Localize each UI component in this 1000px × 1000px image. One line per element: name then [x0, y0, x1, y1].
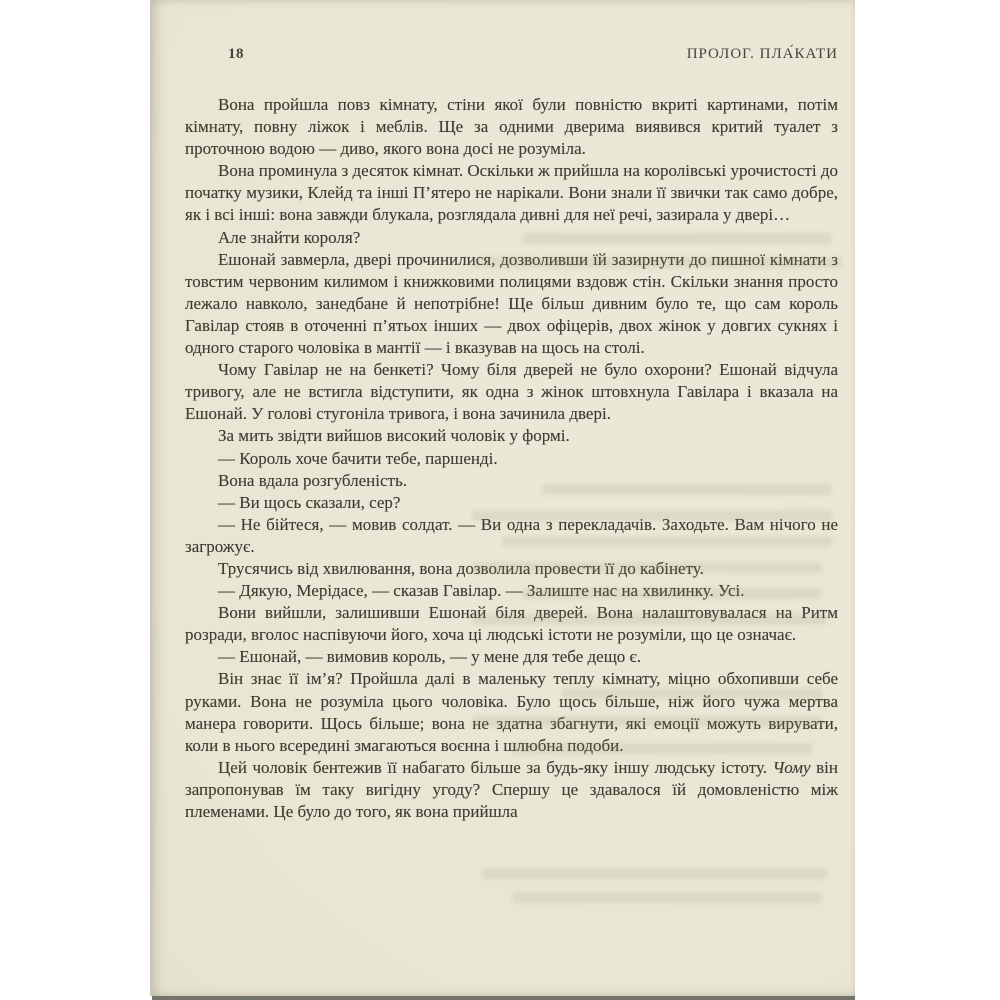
paragraph: — Король хоче бачити тебе, паршенді.	[185, 448, 838, 470]
book-bottom-edge	[152, 996, 855, 1000]
paragraph: Цей чоловік бентежив її набагато більше …	[185, 757, 838, 823]
book-page: 18 ПРОЛОГ. ПЛА́КАТИ Вона пройшла повз кі…	[150, 0, 855, 996]
book-page-photo: { "photo": { "background": "#ffffff", "p…	[0, 0, 1000, 1000]
paragraph: Чому Гавілар не на бенкеті? Чому біля дв…	[185, 359, 838, 425]
running-title: ПРОЛОГ. ПЛА́КАТИ	[687, 46, 838, 63]
paragraph: Але знайти короля?	[185, 227, 838, 249]
paragraph: Вони вийшли, залишивши Ешонай біля двере…	[185, 602, 838, 646]
body-text: Вона пройшла повз кімнату, стіни якої бу…	[185, 94, 838, 956]
paragraph: Вона пройшла повз кімнату, стіни якої бу…	[185, 94, 838, 160]
paragraph: Вона вдала розгубленість.	[185, 470, 838, 492]
paragraph: — Не бійтеся, — мовив солдат. — Ви одна …	[185, 514, 838, 558]
paragraph: Вона проминула з десяток кімнат. Оскільк…	[185, 160, 838, 226]
paragraph: — Ешонай, — вимовив король, — у мене для…	[185, 646, 838, 668]
paragraph: Трусячись від хвилювання, вона дозволила…	[185, 558, 838, 580]
page-number: 18	[228, 46, 244, 63]
paragraph: Ешонай завмерла, двері прочинилися, дозв…	[185, 249, 838, 359]
paragraph: — Дякую, Мерідасе, — сказав Гавілар. — З…	[185, 580, 838, 602]
page-header: 18 ПРОЛОГ. ПЛА́КАТИ	[185, 46, 838, 63]
paragraph: — Ви щось сказали, сер?	[185, 492, 838, 514]
paragraph: За мить звідти вийшов високий чоловік у …	[185, 425, 838, 447]
paragraph: Він знає її ім’я? Пройшла далі в маленьк…	[185, 668, 838, 756]
